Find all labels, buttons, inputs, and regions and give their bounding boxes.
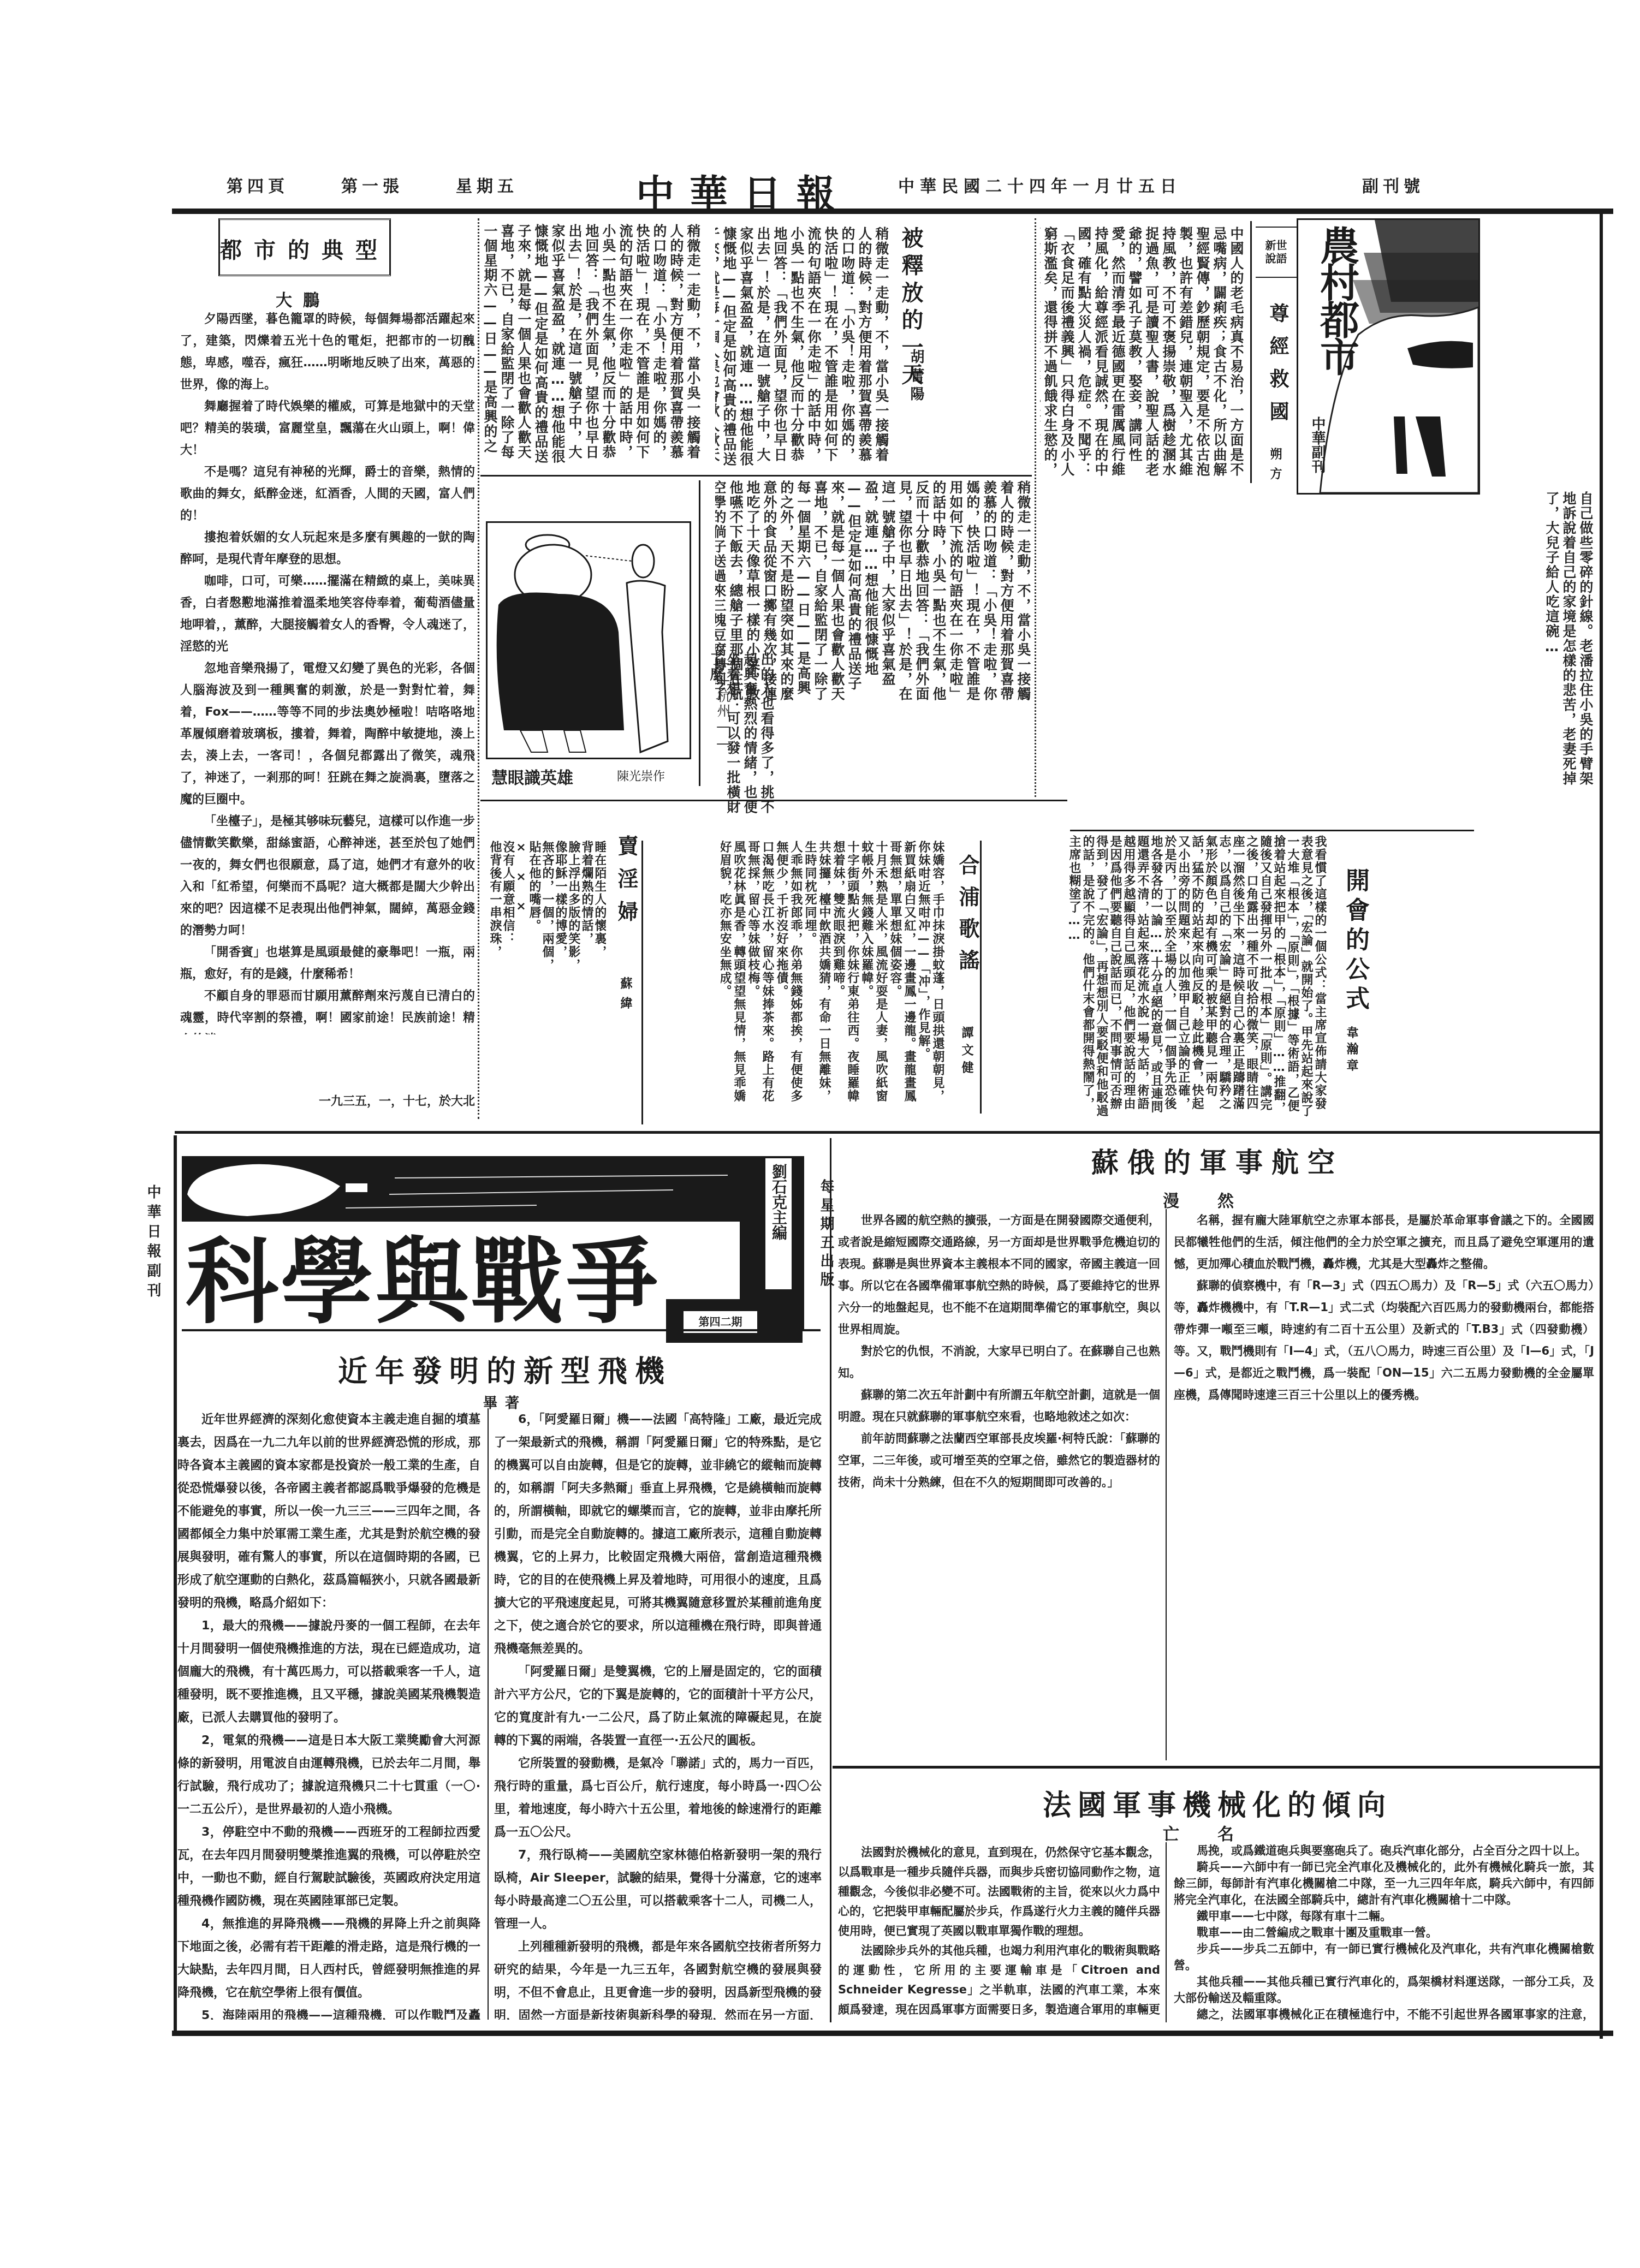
article-france-col1: 法國對於機械化的意見，直到現在，仍然保守它基本觀念，以爲戰車是一種步兵隨伴兵器，… [838, 1842, 1160, 2022]
paragraph: 夕陽西墜，暮色籠罩的時候，每個舞場都活躍起來了，建築，閃爍着五光十色的電炬，把都… [180, 308, 475, 396]
banner-editor-box: 劉石克主編 [764, 1157, 793, 1290]
paragraph: 1，最大的飛機——據說丹麥的一個工程師，在去年十月間發明一個使飛機推進的方法，現… [177, 1615, 480, 1729]
poem-line: 貼在他的嘴唇。 [527, 841, 540, 1114]
paragraph: 名稱，握有龐大陸軍航空之赤軍本部長，是屬於革命軍事會議之下的。全國國民都犧牲他們… [1174, 1209, 1594, 1275]
poem-line: 臉上浮出多版的笑影， [567, 841, 580, 1114]
banner-top-black [182, 1156, 804, 1222]
column-header-label: 新世說語 [1263, 239, 1290, 265]
poem-line: 像耶穌一樣的博愛， [554, 841, 567, 1114]
column-divider [1250, 221, 1252, 483]
song-line: 妹嬌容，手巾抹淚掛蚊蓬，日頭拱還朝朝見，你妹咁近無咁冲——「冲」，作見解。 [916, 841, 944, 1108]
article-soviet-title: 蘇俄的軍事航空 [835, 1141, 1600, 1180]
paragraph: 對於它的仇恨，不消說，大家早已明白了。在蘇聯自己也熟知。 [838, 1340, 1160, 1384]
column-divider-wavy [1035, 218, 1038, 797]
illustration-subtitle: 中華副刊 [1309, 416, 1326, 473]
cartoon-artist: 陳光崇作 [617, 767, 693, 784]
paragraph: 4，無推進的昇降飛機——飛機的昇降上升之前與降下地面之後，必需有若干距離的滑走路… [177, 1913, 480, 2004]
poem-line: 無吝的，一個，兩個， [540, 841, 554, 1114]
paragraph: 2，電氣的飛機——這是日本大阪工業獎勵會大河源條的新發明，用電波自由運轉飛機，已… [177, 1729, 480, 1821]
paragraph: 「開香賓」也堪算是風頭最健的豪舉吧！一瓶，兩瓶，愈好，有的是錢，什麼稀希！ [180, 942, 475, 985]
science-war-side-label: 中華日報副刊 [143, 1184, 163, 1302]
column-divider-wavy [478, 218, 482, 1119]
essay-dushi-author: 大鵬 [218, 287, 388, 311]
paragraph: 其他兵種——其他兵種已實行汽車化的，爲架橋材料運送隊，一部分工兵，及大部份輸送及… [1174, 1973, 1594, 2006]
hangzhou-note-place: ——杭州—— [710, 655, 732, 797]
paragraph: 法國對於機械化的意見，直到現在，仍然保守它基本觀念，以爲戰車是一種步兵隨伴兵器，… [838, 1842, 1160, 1940]
paragraph: 前年訪問蘇聯之法蘭西空軍部長皮埃羅·柯特氏說：「蘇聯的空軍，二三年後，或可增至英… [838, 1427, 1160, 1493]
airship-icon [182, 1156, 804, 1222]
article-france-col2: 馬挽，或爲鐵道砲兵與要塞砲兵了。砲兵汽車化部分，占全百分之四十以上。 騎兵——六… [1174, 1842, 1594, 2022]
edition-label: 副刊號 [1362, 172, 1424, 197]
paragraph: 近年世界經濟的深刻化愈使資本主義走進自掘的墳墓裏去，因爲在一九二九年以前的世界經… [177, 1408, 480, 1615]
story-beishifang-author: 胡蕾陽 [906, 349, 926, 405]
song-line: 人乖無如我郎乖，你弟無錢姊都挨，有便使多無便少，千祈沒好來拖債。 [774, 841, 803, 1108]
banner-schedule: 每星期五出版 [816, 1179, 836, 1290]
paragraph: 摟抱着妖媚的女人玩起來是多麼有興趣的一獃的陶醉呵，是現代青年摩登的思想。 [180, 527, 475, 570]
frame-right-rule [1600, 210, 1603, 2039]
paragraph: 法國除步兵外的其他兵種，也竭力利用汽車化的戰術與戰略的運動性，它所用的主要運輸車… [838, 1940, 1160, 2022]
cartoon-caption: 慧眼識英雄 [491, 764, 611, 788]
column-divider [980, 841, 982, 1114]
section-rule [480, 800, 1067, 801]
song-line: 新買紙扇白又紅，一邊畫鳳一邊龍。畫龍畫鳳哥無想，單單想妹個姿容。 [888, 841, 916, 1108]
article-france-author: 亡名 [835, 1820, 1600, 1844]
poem-maiyin-body: 睡在陌生人的懷裏， 背着爛熟的情話， 臉上浮出多版的笑影， 像耶穌一樣的博愛， … [483, 841, 606, 1114]
paragraph: 馬挽，或爲鐵道砲兵與要塞砲兵了。砲兵汽車化部分，占全百分之四十以上。 [1174, 1842, 1594, 1859]
song-line: 十月禾熟是人米，風流好耍是人妻，風吹紙窗蚊帳外，無錢難入妹羅幃。 [859, 841, 888, 1108]
song-line: 風吹花林眞是香，轉頭望望無見情，無見乖嬌好眉貌，吃亦無安坐無成。 [721, 841, 746, 1108]
column-divider [830, 1138, 831, 2022]
essay-dushi-body: 夕陽西墜，暮色籠罩的時候，每個舞場都活躍起來了，建築，閃爍着五光十色的電炬，把都… [180, 308, 475, 1034]
column-header-box: 新世說語 [1256, 227, 1297, 278]
column-divider [641, 841, 643, 1124]
banner-title: 科學與戰爭 [186, 1234, 661, 1332]
paragraph: 「坐檯子」，是極其够味玩藝兒，這樣可以作進一步儘情歡笑歡樂，甜絲蜜語，心醉神迷，… [180, 811, 475, 942]
essay-dushi-signature: 一九三五，一，十七，於大北 [289, 1089, 475, 1114]
weekday: 星期五 [456, 172, 518, 197]
paragraph: 「阿愛羅日爾」是雙翼機，它的上層是固定的，它的面積計六平方公尺，它的下翼是旋轉的… [494, 1660, 822, 1752]
issue-date: 中華民國二十四年一月廿五日 [898, 172, 1182, 197]
article-soviet-col1: 世界各國的航空熱的擴張，一方面是在開發國際交通便利，或者說是縮短國際交通路線，另… [838, 1209, 1160, 1763]
poem-line: 沒有人願意相信： [501, 841, 514, 1114]
frame-left-rule [174, 1135, 177, 2036]
poem-maiyin-author: 蘇緯 [617, 977, 634, 1016]
paragraph: 戰車——由二營編成之戰車十團及重戰車一營。 [1174, 1924, 1594, 1940]
song-line: 口渴無吃長江水，留心等妹捧茶來。路上有花哥無採，留心等妹做枝梅。 [746, 841, 774, 1108]
story-beishifang-continuation: 稍微走一走動，不，當小吳一接觸着人的時候，對方便用着那賀喜帶羨慕的口吻道：「小吳… [483, 224, 702, 464]
paragraph: 6，「阿愛羅日爾」機——法國「高特隆」工廠，最近完成了一架最新式的飛機，稱謂「阿… [494, 1408, 822, 1660]
story-beishifang-body: 稍微走一走動，不，當小吳一接觸着人的時候，對方便用着那賀喜帶羨慕的口吻道：「小吳… [715, 227, 890, 467]
paragraph: 不顧自身的罪惡而甘願用薰醉劑來污蔑自已清白的魂靈，時代宰割的祭禮，啊！國家前途！… [180, 985, 475, 1034]
masthead: 第四頁 第一張 星期五 中華日報 中華民國二十四年一月廿五日 副刊號 [172, 164, 1613, 207]
paragraph: 世界各國的航空熱的擴張，一方面是在開發國際交通便利，或者說是縮短國際交通路線，另… [838, 1209, 1160, 1340]
essay-zunjing-author: 朔方 [1267, 448, 1284, 487]
paragraph: 鐵甲車——七中隊，每隊有車十二輛。 [1174, 1908, 1594, 1924]
essay-kaihui-title: 開會的公式 [1338, 868, 1372, 1015]
article-soviet-author: 漫然 [835, 1187, 1600, 1211]
paragraph: 不是嗎？這兒有神秘的光輝，爵士的音樂，熱情的歌曲的舞女，紙醉金迷，紅酒香，人間的… [180, 461, 475, 527]
article-planes-col1: 近年世界經濟的深刻化愈使資本主義走進自掘的墳墓裏去，因爲在一九二九年以前的世界經… [177, 1408, 480, 2020]
folk-songs-title: 合浦歌謠 [953, 854, 983, 981]
column-divider [1166, 1842, 1167, 2022]
banner-editor: 劉石克主編 [770, 1164, 787, 1240]
page-bottom-rule [172, 2031, 1613, 2036]
paragraph: 上列種種新發明的飛機，都是年來各國航空技術者所努力研究的結果，今年是一九三五年，… [494, 1936, 822, 2020]
poem-line: 睡在陌生人的懷裏， [593, 841, 606, 1114]
paragraph: 蘇聯的第二次五年計劃中有所謂五年航空計劃，這就是一個明證。現在只就蘇聯的軍事航空… [838, 1384, 1160, 1427]
song-line: 十字街頭點火把，你妹行東弟往西。夜睡羅幃想着妹，雙流眼淚到雞啼。 [831, 841, 859, 1108]
essay-zunjing-title: 尊經救國 [1264, 303, 1292, 434]
folk-songs-body: 妹嬌容，手巾抹淚掛蚊蓬，日頭拱還朝朝見，你妹咁近無咁冲——「冲」，作見解。 新買… [721, 841, 944, 1108]
article-soviet-col2: 名稱，握有龐大陸軍航空之赤軍本部長，是屬於革命軍事會議之下的。全國國民都犧牲他們… [1174, 1209, 1594, 1763]
article-planes-title: 近年發明的新型飛機 [180, 1348, 830, 1390]
illustration-title: 農村都市 [1315, 225, 1358, 374]
article-france-title: 法國軍事機械化的傾向 [835, 1782, 1600, 1823]
song-line: 共妹攞，檯中飲酒共嬌猜，有命一日無離妹，生時同枕死同埋。 [803, 841, 831, 1108]
page-number: 第四頁 [227, 172, 289, 197]
paragraph: 總之，法國軍事機械化正在積極進行中，不能不引起世界各國軍事家的注意，所以它也著實… [1174, 2006, 1594, 2022]
illustration-rural-city: 農村都市 中華副刊 [1297, 218, 1480, 495]
column-divider [699, 480, 700, 786]
paragraph: 3，停駐空中不動的飛機——西班牙的工程師拉西愛瓦，在去年四月間發明雙槳推進翼的飛… [177, 1821, 480, 1913]
paragraph: 蘇聯的偵察機中，有「R—3」式（四五〇馬力）及「R—5」式（六五〇馬力）等，轟炸… [1174, 1275, 1594, 1406]
paragraph: 咖啡，口可，可樂……擺滿在精緻的桌上，美味異香，白者慇懃地滿推着溫柔地笑容侍奉着… [180, 570, 475, 658]
masthead-rule [172, 209, 1613, 214]
column-divider [488, 1408, 489, 2020]
essay-kaihui-body: 我看慣了這樣的一個公式：當主席宣佈請大家發表意見之後，「宏論」就開始了。甲先站起… [988, 835, 1327, 1119]
paragraph: 忽地音樂飛揚了，電燈又幻變了異色的光彩，各個人腦海波及到一種興奮的刺激，於是一對… [180, 658, 475, 811]
section-rule [1070, 830, 1474, 831]
poem-line: 背着爛熟的情話， [580, 841, 593, 1114]
essay-kaihui-author: 韋瀚章 [1343, 1026, 1360, 1075]
poem-line: 他背後有一串淚珠， [488, 841, 501, 1114]
cartoon-frame [486, 521, 691, 759]
column-divider [1166, 1209, 1167, 1760]
essay-dushi-title: 都市的典型 [220, 233, 389, 264]
sheet-number: 第一張 [341, 172, 403, 197]
section-rule [833, 1766, 1600, 1769]
paragraph: 步兵——步兵二五師中，有一師已實行機械化及汽車化，共有汽車化機關槍數營。 [1174, 1940, 1594, 1973]
folk-songs-author: 譚文健 [958, 1026, 975, 1079]
paragraph: 騎兵——六師中有一師已完全汽車化及機械化的，此外有機械化騎兵一旅，其餘三師，每師… [1174, 1859, 1594, 1908]
poem-line: × × × [514, 841, 527, 1114]
essay-dushi-title-box: 都市的典型 [218, 218, 391, 276]
paragraph: 舞廳握着了時代娛樂的權威，可算是地獄中的天堂吧？精美的裝璜，富麗堂皇，飄蕩在火山… [180, 396, 475, 461]
essay-zunjing-body: 中國人的老毛病真不易治，一方面是不忌嘴病，闢痢疾；食古不化，所以曲解聖經賢傳，鈔… [1040, 227, 1245, 478]
cartoon-illustration [488, 523, 690, 758]
right-continuation-text: 自己做些零碎的針線。老潘拉住小吳的手臂架地訴說着自己的家境是怎樣的悲苦，老妻死掉… [1070, 491, 1594, 797]
poem-maiyin-title: 賣淫婦 [611, 835, 641, 933]
section-rule [480, 475, 1032, 477]
section-rule [182, 1329, 821, 1331]
article-planes-col2: 6，「阿愛羅日爾」機——法國「高特隆」工廠，最近完成了一架最新式的飛機，稱謂「阿… [494, 1408, 822, 2020]
paragraph: 它所裝置的發動機，是氣冷「聯諾」式的，馬力一百匹，飛行時的重量，爲七百公斤，航行… [494, 1752, 822, 1844]
paragraph: 5，海陸兩用的飛機——這種飛機，可以作戰鬥及轟炸之用，又可偵察及轟炸敵方艦隊，它… [177, 2004, 480, 2020]
section-rule-thick [175, 1131, 1602, 1134]
paragraph: 7，飛行臥椅——美國航空家林德伯格新發明一架的飛行臥椅，Air Sleeper，… [494, 1844, 822, 1936]
